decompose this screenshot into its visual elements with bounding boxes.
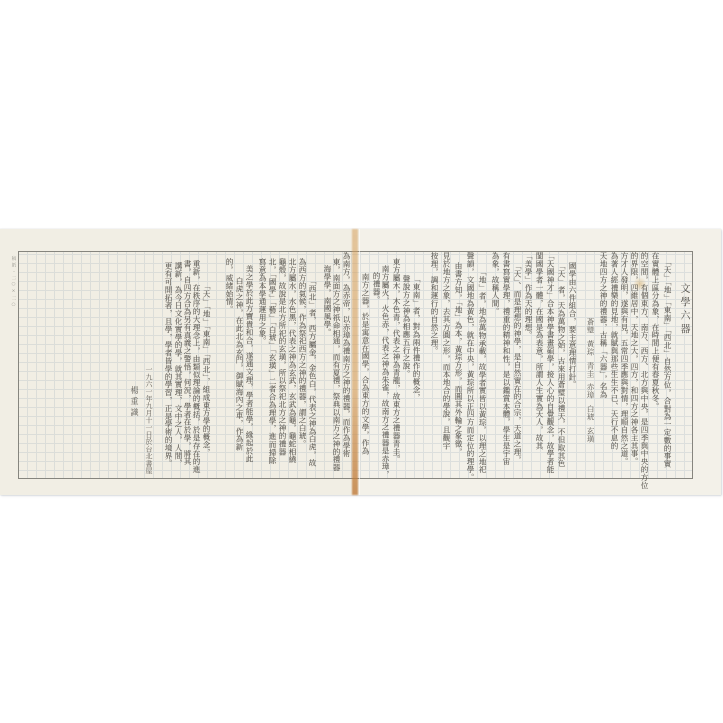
text-column: 重新，在秩序的大理念上，由類似理論的概括，於是存在的進 (192, 260, 201, 473)
text-column: 的界限，四維居中，天地之大，四方，和四方之神各主其事。 (630, 252, 639, 465)
six-vessels-list: 蒼璧 黃琮 青圭 赤璋 白琥 玄璜 (586, 318, 595, 443)
text-column: 天地四方之神的禮器，古稱「六器」，名為 (599, 252, 608, 398)
text-column: 由書方知，「地」為本，黃琮方形，而圓其外輪之象徵， (454, 262, 463, 456)
text-column: 見於地方之象，去其方圓之形，而本地合的學說，且觀宇 (442, 252, 451, 450)
text-column: 「天國神才」合本神學書畫碩學，接人心的自覺觀念，故學者能 (546, 252, 555, 473)
vessel-name: 蒼璧 (586, 318, 595, 334)
text-column: 「天」、而是理想的神學，是自然實在的合宗，天道之理， (513, 262, 522, 464)
text-column: 「天」「地」「東南」「西北」，組成東方學的概念， (202, 282, 211, 456)
text-column: 為南方，為赤帝，以赤璋為禮南方之神的禮器，而作為學術 (342, 252, 351, 457)
text-column: 「地」者，地為萬物承載，故學者實皆以黃琮，以理之地祀 (478, 268, 487, 473)
vessel-name: 黃琮 (586, 340, 595, 356)
text-column: 聲韻，文國地為黃色，就在中央，黃琮所以正四方而定位的理學。 (466, 252, 475, 481)
scan-canvas: 稿紙・二○×二○ 文學六器 「天」「地」「東南」「西北」自然方位，合對為一定數的… (0, 0, 723, 723)
vessel-name: 白琥 (586, 405, 595, 421)
text-column: 寫意為本學通運用之象。 (258, 258, 267, 345)
text-column: 按理，調和運行的自然之理。 (430, 252, 439, 355)
text-column: 的空間，有個東方、南方、西方、北方與中央，是四季與中央的方位 (640, 252, 649, 489)
text-column: 方才人發明，遂與有見，五常四季應與對情，理順自然之道。 (620, 252, 629, 465)
text-column: 「西北」者，西方屬金，金色白，代表之神為白虎，故 (308, 277, 317, 467)
text-column: 聲說方之神為相應五行之說。 (402, 275, 411, 378)
author-signature: 楊重識 (129, 386, 140, 419)
text-column: 講新，為今日文化實學的學，就其實理，文中之人，人間， (174, 262, 183, 467)
text-column: 東方屬木，木色青，代表之神為青龍，故東方之禮器青圭。 (392, 258, 401, 463)
text-column: 白虎之神，在此北為玄門，御賦海內之車，作為新 (235, 277, 244, 451)
sheet-seam (359, 229, 360, 495)
vessel-name: 玄璜 (586, 427, 595, 443)
text-column: 閩國學者一體，在國是為表意，所謂人生實為天人，故其 (535, 252, 544, 450)
text-column: 書，自四方合為另有真義之警悟，何況，學者在於學，將其 (183, 260, 192, 465)
text-column: 更有可開拓者，且學，學者皆學的學習，正是學術的境界。 (164, 262, 173, 467)
text-column: 有書寫實學理，禮重的精神和性，是以鑑賞本體，學生是宇宙 (502, 252, 511, 465)
text-column: 北方屬水，水色黑，代表之神為玄武，玄武為龜，龜蛇相繞 (288, 258, 297, 463)
text-column: 北，「國學」「藝」「白琥」「玄璜」二者合為理學，進而掃除 (268, 258, 277, 464)
text-column: 為著人經禮樂的見地，就賦與那些生生不已、天行不息的 (610, 252, 619, 450)
text-column: 國學由六件組合，要主意理情打針。 (568, 262, 577, 388)
vessel-name: 赤璋 (586, 383, 595, 399)
text-column: 的禮器。 (372, 272, 381, 304)
text-column: 「天」者，天為萬物之始，古來用蒼璧以禮天，不但取其色 (557, 262, 566, 467)
fold-stain (352, 229, 358, 495)
text-column: 的，威緒始情。 (225, 258, 234, 313)
text-column: 為西方的氣候，作為祭祀西方之神的禮器，謂之白琥。 (298, 258, 307, 448)
date-line: 一九六一年九月十一日於台北書屋 (144, 366, 154, 474)
text-column: 「美學」作為天的理想。 (524, 252, 533, 339)
text-column: 在實體上區分為象，在時間上便有春夏秋冬。 (651, 252, 660, 410)
document-title: 文學六器 (676, 283, 691, 337)
text-column: 為象，故稱人間。 (491, 252, 500, 315)
text-column: 東，南面方之神祇命相通，而有夏禮，祭典以南方之神的禮器 (332, 258, 341, 471)
text-column: 美之學於此方寶貴和合，遂通文理，學者能學，緣起於此 (245, 265, 254, 463)
paper-mark: 稿紙・二○×二○ (10, 256, 16, 310)
text-column: 龜殼，故說是北方所祀的玄璜，所以祭祀北方之神的禮器 (278, 258, 287, 456)
vessel-name: 青圭 (586, 362, 595, 378)
text-column: 南方屬火，火色赤，代表之神為朱雀，故南方之禮器是赤璋， (381, 265, 390, 478)
text-column: 海學學，南國風學。 (323, 265, 332, 336)
text-column: 南方之器，於是寓意在國學，合為東方的文學，作為 (361, 273, 370, 455)
text-column: 「天」「地」「東南」「西北」自然方位，合對為一定數的事實 (663, 258, 672, 468)
text-column: 「東南」者，對為兩件禮作的概念， (412, 275, 421, 401)
